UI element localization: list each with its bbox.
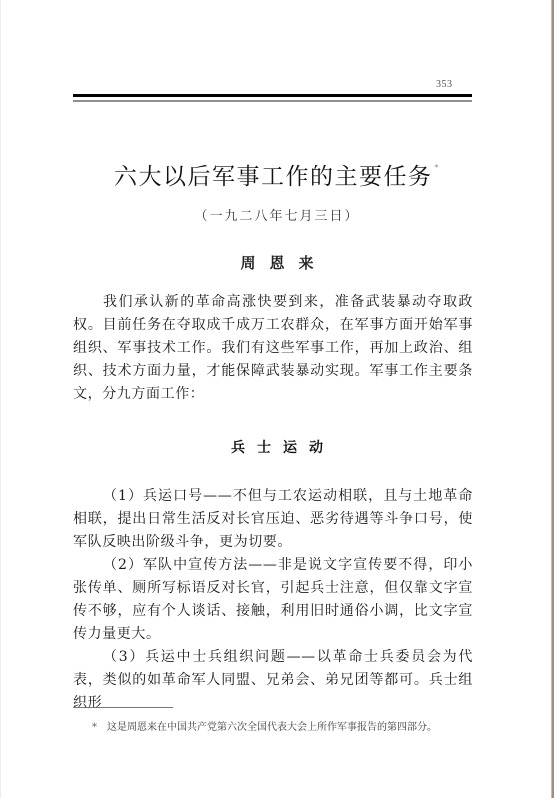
page-number: 353 (436, 79, 453, 90)
page-left-edge (0, 0, 1, 798)
section-item-3: （3）兵运中士兵组织问题——以革命士兵委员会为代表，类似的如革命军人同盟、兄弟会… (73, 646, 473, 715)
article-date: （一九二八年七月三日） (0, 205, 554, 224)
section-heading: 兵士运动 (0, 437, 554, 457)
section-item-2: （2）军队中宣传方法——非是说文字宣传要不得，印小张传单、厕所写标语反对长官，引… (73, 554, 473, 646)
intro-section: 我们承认新的革命高涨快要到来，准备武装暴动夺取政权。目前任务在夺取成千成万工农群… (73, 291, 473, 406)
footnote-separator (73, 707, 173, 708)
footnote-text: 这是周恩来在中国共产党第六次全国代表大会上所作军事报告的第四部分。 (107, 722, 437, 733)
footnote: *这是周恩来在中国共产党第六次全国代表大会上所作军事报告的第四部分。 (92, 720, 482, 736)
article-author: 周恩来 (0, 252, 554, 273)
title-footnote-marker[interactable]: * (435, 163, 441, 172)
article-title: 六大以后军事工作的主要任务* (0, 158, 554, 191)
header-rule-thick (73, 94, 472, 97)
footnote-marker: * (92, 722, 97, 733)
intro-paragraph: 我们承认新的革命高涨快要到来，准备武装暴动夺取政权。目前任务在夺取成千成万工农群… (73, 291, 473, 406)
header-rule-thin (73, 100, 472, 102)
article-title-text: 六大以后军事工作的主要任务 (114, 164, 433, 190)
section-item-1: （1）兵运口号——不但与工农运动相联，且与土地革命相联，提出日常生活反对长官压迫… (73, 485, 473, 554)
section-items: （1）兵运口号——不但与工农运动相联，且与土地革命相联，提出日常生活反对长官压迫… (73, 485, 473, 715)
